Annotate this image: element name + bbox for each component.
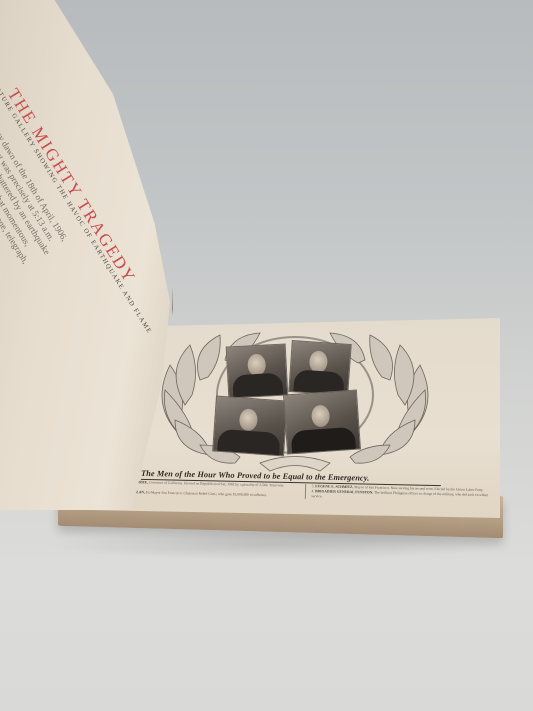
portrait-bottom-right-officer — [283, 389, 361, 454]
portrait-top-left — [226, 343, 289, 398]
photo-scene: The Men of the Hour Who Proved to be Equ… — [0, 0, 533, 711]
portrait-bottom-left — [212, 396, 288, 457]
portrait-top-right — [288, 340, 351, 396]
